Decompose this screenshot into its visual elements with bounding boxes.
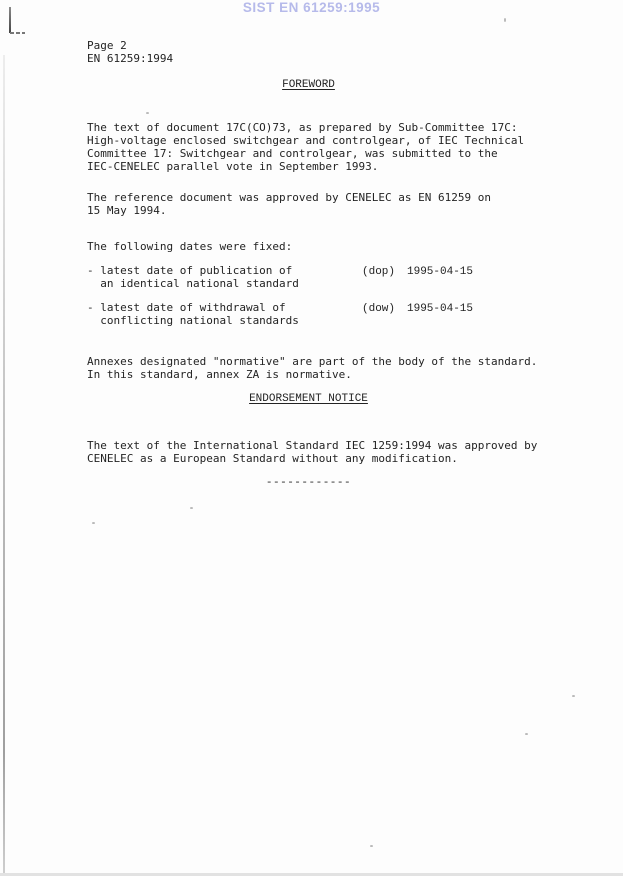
endorsement-paragraph: The text of the International Standard I… [87,439,537,465]
date-item-code: (dop) [362,266,395,279]
date-item-dow: - latest date of withdrawal of conflicti… [87,290,299,338]
date-item-date: 1995-04-15 [407,303,473,316]
page-number-header: Page 2 EN 61259:1994 [87,39,173,65]
dash-separator: ------------ [87,477,530,490]
foreword-paragraph-1: The text of document 17C(CO)73, as prepa… [87,121,524,173]
date-item-code: (dow) [362,303,395,316]
scan-speck [525,733,528,735]
page-corner-mark-dash [10,32,25,34]
scan-edge-line [3,55,5,876]
annex-note: Annexes designated "normative" are part … [87,355,537,381]
scan-speck [370,845,373,847]
foreword-paragraph-2: The reference document was approved by C… [87,191,491,217]
dates-intro: The following dates were fixed: [87,240,292,253]
date-item-label: - latest date of publication of an ident… [87,264,299,290]
foreword-heading: FOREWORD [87,79,530,92]
scan-speck [190,507,193,509]
watermark-text: SIST EN 61259:1995 [0,0,623,15]
scan-speck [92,522,95,524]
scan-speck [504,18,506,22]
date-item-date: 1995-04-15 [407,266,473,279]
date-item-label: - latest date of withdrawal of conflicti… [87,301,299,327]
endorsement-heading: ENDORSEMENT NOTICE [87,393,530,406]
scan-speck [146,112,149,114]
scan-speck [572,695,575,697]
page-corner-mark [9,7,11,33]
scanned-document-page: SIST EN 61259:1995 Page 2 EN 61259:1994 … [0,0,623,876]
